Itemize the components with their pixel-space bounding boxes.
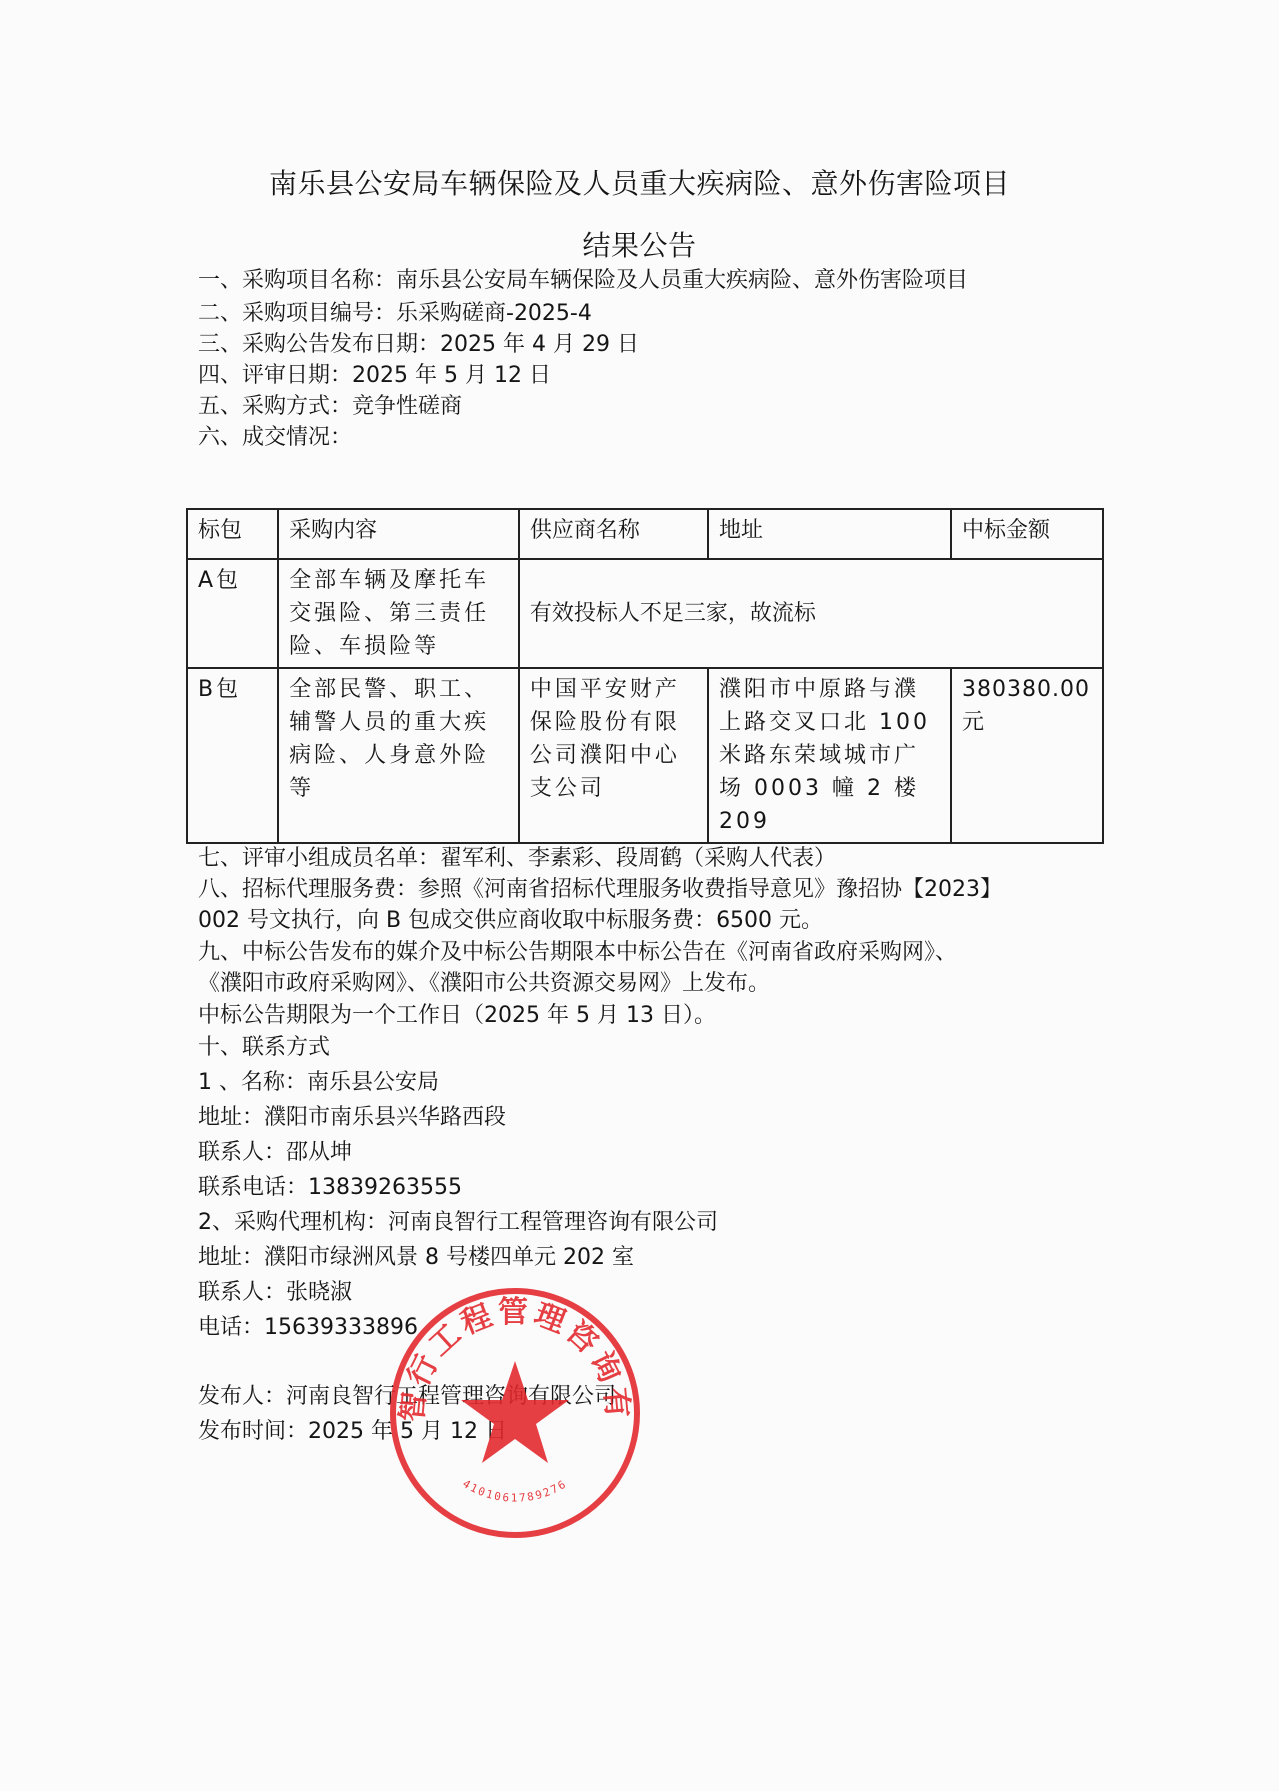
header-package: 标包	[187, 509, 278, 559]
contact-1-phone: 联系电话：13839263555	[198, 1173, 462, 1203]
table-header-row: 标包 采购内容 供应商名称 地址 中标金额	[187, 509, 1103, 559]
cell-package: A包	[187, 559, 278, 668]
contact-2-person: 联系人：张晓淑	[198, 1278, 352, 1308]
cell-supplier: 中国平安财产保险股份有限公司濮阳中心支公司	[519, 668, 708, 843]
contact-heading: 十、联系方式	[198, 1033, 330, 1063]
contact-1-person: 联系人：邵从坤	[198, 1138, 352, 1168]
agency-fee-line-2: 002 号文执行，向 B 包成交供应商收取中标服务费：6500 元。	[198, 906, 823, 936]
media-line-1: 九、中标公告发布的媒介及中标公告期限本中标公告在《河南省政府采购网》、	[198, 938, 957, 968]
cell-content: 全部民警、职工、辅警人员的重大疾病险、人身意外险等	[278, 668, 519, 843]
deal-table: 标包 采购内容 供应商名称 地址 中标金额 A包 全部车辆及摩托车交强险、第三责…	[186, 508, 1104, 844]
cell-package: B包	[187, 668, 278, 843]
title-line-1: 南乐县公安局车辆保险及人员重大疾病险、意外伤害险项目	[0, 162, 1279, 202]
contact-1-name: 1 、名称：南乐县公安局	[198, 1068, 439, 1098]
cell-amount: 380380.00元	[951, 668, 1103, 843]
deal-heading: 六、成交情况：	[198, 423, 352, 453]
review-panel: 七、评审小组成员名单：翟军利、李素彩、段周鹤（采购人代表）	[198, 844, 836, 874]
publisher: 发布人：河南良智行工程管理咨询有限公司	[198, 1382, 616, 1412]
notice-period: 中标公告期限为一个工作日（2025 年 5 月 13 日）。	[198, 1001, 716, 1031]
header-amount: 中标金额	[951, 509, 1103, 559]
contact-2-name: 2、采购代理机构：河南良智行工程管理咨询有限公司	[198, 1208, 718, 1238]
announce-date: 三、采购公告发布日期：2025 年 4 月 29 日	[198, 330, 639, 360]
cell-failed-note: 有效投标人不足三家，故流标	[519, 559, 1103, 668]
publish-time: 发布时间：2025 年 5 月 12 日	[198, 1417, 507, 1447]
cell-content: 全部车辆及摩托车交强险、第三责任险、车损险等	[278, 559, 519, 668]
project-number: 二、采购项目编号：乐采购磋商-2025-4	[198, 299, 592, 329]
agency-fee-line-1: 八、招标代理服务费：参照《河南省招标代理服务收费指导意见》豫招协【2023】	[198, 875, 1002, 905]
procurement-method: 五、采购方式：竞争性磋商	[198, 392, 462, 422]
header-supplier: 供应商名称	[519, 509, 708, 559]
contact-2-address: 地址：濮阳市绿洲风景 8 号楼四单元 202 室	[198, 1243, 634, 1273]
header-content: 采购内容	[278, 509, 519, 559]
company-seal-icon: 河南良智行工程管理咨询有限公司 4101061789276	[385, 1283, 645, 1543]
table-row: A包 全部车辆及摩托车交强险、第三责任险、车损险等 有效投标人不足三家，故流标	[187, 559, 1103, 668]
table-row: B包 全部民警、职工、辅警人员的重大疾病险、人身意外险等 中国平安财产保险股份有…	[187, 668, 1103, 843]
media-line-2: 《濮阳市政府采购网》、《濮阳市公共资源交易网》上发布。	[198, 969, 770, 999]
contact-1-address: 地址：濮阳市南乐县兴华路西段	[198, 1103, 506, 1133]
title-line-2: 结果公告	[0, 224, 1279, 264]
contact-2-phone: 电话：15639333896	[198, 1313, 418, 1343]
project-name: 一、采购项目名称：南乐县公安局车辆保险及人员重大疾病险、意外伤害险项目	[198, 266, 968, 296]
cell-address: 濮阳市中原路与濮上路交叉口北 100 米路东荣域城市广场 0003 幢 2 楼 …	[708, 668, 951, 843]
svg-text:4101061789276: 4101061789276	[460, 1477, 569, 1505]
header-address: 地址	[708, 509, 951, 559]
review-date: 四、评审日期：2025 年 5 月 12 日	[198, 361, 551, 391]
